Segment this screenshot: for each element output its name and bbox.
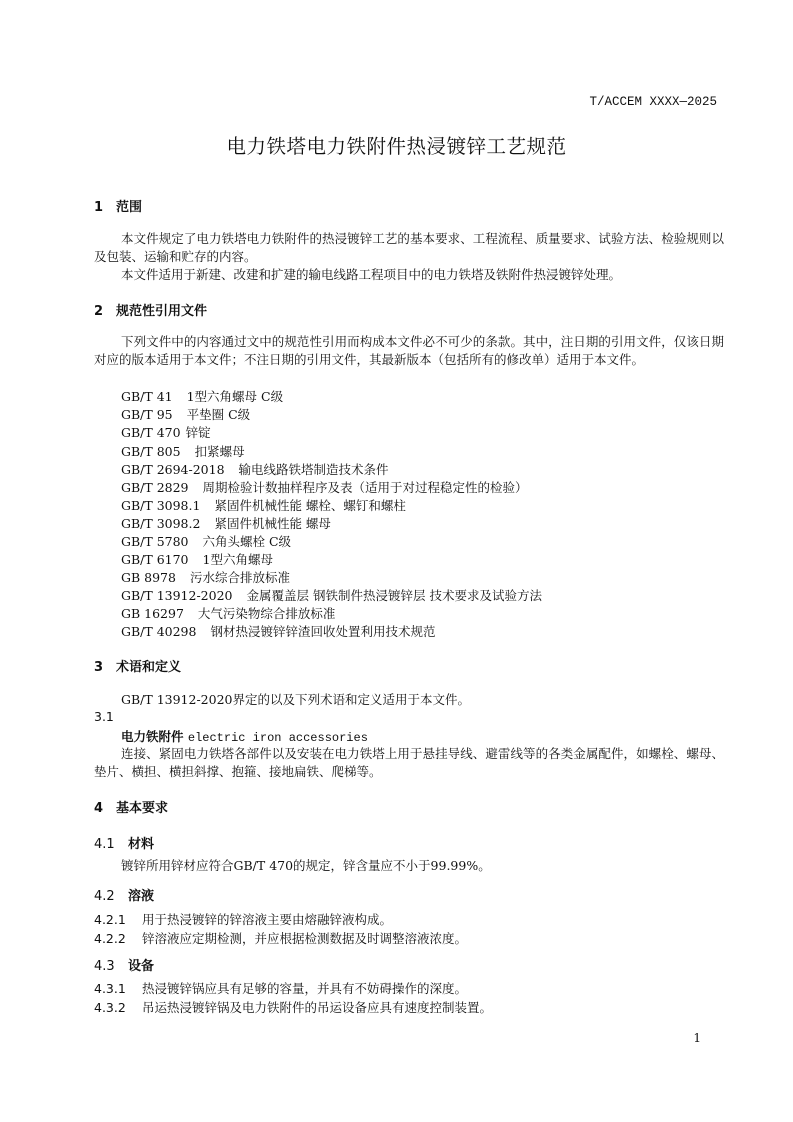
reference-item: GB/T 61701型六角螺母 bbox=[121, 550, 273, 568]
reference-item: GB 16297大气污染物综合排放标准 bbox=[121, 604, 335, 622]
section-3-heading: 3术语和定义 bbox=[94, 656, 181, 675]
reference-code: GB/T 2829 bbox=[121, 480, 189, 495]
term-en: electric iron accessories bbox=[188, 731, 368, 745]
section-title: 术语和定义 bbox=[116, 660, 181, 675]
reference-item: GB 8978污水综合排放标准 bbox=[121, 568, 290, 586]
reference-item: GB/T 2694-2018输电线路铁塔制造技术条件 bbox=[121, 460, 389, 478]
clause-text: 锌溶液应定期检测，并应根据检测数据及时调整溶液浓度。 bbox=[142, 931, 467, 946]
reference-item: GB/T 5780六角头螺栓 C级 bbox=[121, 532, 291, 550]
clause-4-2-1: 4.2.1用于热浸镀锌的锌溶液主要由熔融锌液构成。 bbox=[94, 910, 392, 928]
reference-title: 锌锭 bbox=[186, 425, 211, 440]
section-title: 范围 bbox=[116, 200, 142, 215]
subsection-title: 设备 bbox=[128, 959, 154, 974]
clause-text: 热浸镀锌锅应具有足够的容量，并具有不妨碍操作的深度。 bbox=[142, 981, 467, 996]
reference-item: GB/T 2829周期检验计数抽样程序及表（适用于对过程稳定性的检验） bbox=[121, 478, 528, 496]
section-title: 规范性引用文件 bbox=[116, 304, 207, 319]
subsection-4-1-text: 镀锌所用锌材应符合GB/T 470的规定，锌含量应不小于99.99%。 bbox=[94, 857, 724, 875]
reference-item: GB/T 3098.1紧固件机械性能 螺栓、螺钉和螺柱 bbox=[121, 496, 406, 514]
reference-title: 大气污染物综合排放标准 bbox=[198, 606, 336, 621]
clause-4-3-1: 4.3.1热浸镀锌锅应具有足够的容量，并具有不妨碍操作的深度。 bbox=[94, 979, 467, 997]
document-title: 电力铁塔电力铁附件热浸镀锌工艺规范 bbox=[0, 131, 793, 159]
reference-title: 平垫圈 C级 bbox=[187, 407, 251, 422]
clause-number: 4.2.2 bbox=[94, 931, 142, 946]
section-number: 4 bbox=[94, 801, 116, 816]
reference-title: 钢材热浸镀锌锌渣回收处置利用技术规范 bbox=[210, 624, 435, 639]
reference-code: GB/T 40298 bbox=[121, 624, 196, 639]
reference-code: GB 16297 bbox=[121, 606, 184, 621]
section-1-heading: 1范围 bbox=[94, 196, 142, 215]
clause-text: 用于热浸镀锌的锌溶液主要由熔融锌液构成。 bbox=[142, 912, 392, 927]
document-code: T/ACCEM XXXX—2025 bbox=[0, 95, 717, 109]
reference-code: GB 8978 bbox=[121, 570, 176, 585]
section-number: 1 bbox=[94, 200, 116, 215]
clause-text: 吊运热浸镀锌锅及电力铁附件的吊运设备应具有速度控制装置。 bbox=[142, 1000, 492, 1015]
section-3-intro: GB/T 13912-2020界定的以及下列术语和定义适用于本文件。 bbox=[94, 691, 724, 709]
section-number: 2 bbox=[94, 304, 116, 319]
reference-title: 扣紧螺母 bbox=[195, 444, 245, 459]
reference-code: GB/T 5780 bbox=[121, 534, 189, 549]
reference-item: GB/T 95平垫圈 C级 bbox=[121, 405, 250, 423]
reference-code: GB/T 41 bbox=[121, 389, 173, 404]
subsection-4-3-heading: 4.3设备 bbox=[94, 955, 154, 974]
section-number: 3 bbox=[94, 660, 116, 675]
reference-title: 紧固件机械性能 螺栓、螺钉和螺柱 bbox=[214, 498, 405, 513]
subsection-number: 4.2 bbox=[94, 889, 128, 904]
reference-code: GB/T 3098.1 bbox=[121, 498, 200, 513]
term-definition: 连接、紧固电力铁塔各部件以及安装在电力铁塔上用于悬挂导线、避雷线等的各类金属配件… bbox=[94, 745, 724, 781]
reference-code: GB/T 6170 bbox=[121, 552, 189, 567]
section-1-paragraph-1: 本文件规定了电力铁塔电力铁附件的热浸镀锌工艺的基本要求、工程流程、质量要求、试验… bbox=[94, 230, 724, 266]
reference-code: GB/T 95 bbox=[121, 407, 173, 422]
reference-title: 1型六角螺母 C级 bbox=[187, 389, 284, 404]
subsection-4-2-heading: 4.2溶液 bbox=[94, 885, 154, 904]
reference-title: 金属覆盖层 钢铁制件热浸镀锌层 技术要求及试验方法 bbox=[247, 588, 542, 603]
subsection-4-1-heading: 4.1材料 bbox=[94, 833, 154, 852]
section-2-intro: 下列文件中的内容通过文中的规范性引用而构成本文件必不可少的条款。其中，注日期的引… bbox=[94, 333, 724, 369]
reference-title: 输电线路铁塔制造技术条件 bbox=[239, 462, 389, 477]
subsection-number: 4.3 bbox=[94, 959, 128, 974]
subsection-title: 材料 bbox=[128, 837, 154, 852]
reference-title: 污水综合排放标准 bbox=[190, 570, 290, 585]
reference-item: GB/T 40298钢材热浸镀锌锌渣回收处置利用技术规范 bbox=[121, 622, 435, 640]
subsection-number: 4.1 bbox=[94, 837, 128, 852]
reference-item: GB/T 13912-2020金属覆盖层 钢铁制件热浸镀锌层 技术要求及试验方法 bbox=[121, 586, 542, 604]
reference-title: 周期检验计数抽样程序及表（适用于对过程稳定性的检验） bbox=[203, 480, 528, 495]
section-2-heading: 2规范性引用文件 bbox=[94, 300, 207, 319]
clause-4-3-2: 4.3.2吊运热浸镀锌锅及电力铁附件的吊运设备应具有速度控制装置。 bbox=[94, 998, 492, 1016]
section-1-paragraph-2: 本文件适用于新建、改建和扩建的输电线路工程项目中的电力铁塔及铁附件热浸镀锌处理。 bbox=[94, 266, 724, 284]
clause-4-2-2: 4.2.2锌溶液应定期检测，并应根据检测数据及时调整溶液浓度。 bbox=[94, 929, 467, 947]
term-zh: 电力铁附件 bbox=[121, 729, 184, 744]
reference-item: GB/T 805扣紧螺母 bbox=[121, 442, 245, 460]
section-4-heading: 4基本要求 bbox=[94, 797, 168, 816]
page-number: 1 bbox=[693, 1031, 701, 1045]
reference-title: 六角头螺栓 C级 bbox=[203, 534, 292, 549]
section-title: 基本要求 bbox=[116, 801, 168, 816]
reference-code: GB/T 13912-2020 bbox=[121, 588, 233, 603]
reference-code: GB/T 470 bbox=[121, 425, 181, 440]
subsection-title: 溶液 bbox=[128, 889, 154, 904]
clause-number: 4.3.2 bbox=[94, 1000, 142, 1015]
term-heading: 电力铁附件 electric iron accessories bbox=[121, 727, 368, 745]
reference-code: GB/T 3098.2 bbox=[121, 516, 200, 531]
clause-number: 4.3.1 bbox=[94, 981, 142, 996]
reference-item: GB/T 411型六角螺母 C级 bbox=[121, 387, 283, 405]
reference-item: GB/T 3098.2紧固件机械性能 螺母 bbox=[121, 514, 331, 532]
term-number: 3.1 bbox=[94, 709, 114, 724]
clause-number: 4.2.1 bbox=[94, 912, 142, 927]
reference-title: 1型六角螺母 bbox=[203, 552, 273, 567]
reference-code: GB/T 2694-2018 bbox=[121, 462, 225, 477]
reference-title: 紧固件机械性能 螺母 bbox=[214, 516, 330, 531]
reference-item: GB/T 470锌锭 bbox=[121, 423, 211, 441]
reference-code: GB/T 805 bbox=[121, 444, 181, 459]
